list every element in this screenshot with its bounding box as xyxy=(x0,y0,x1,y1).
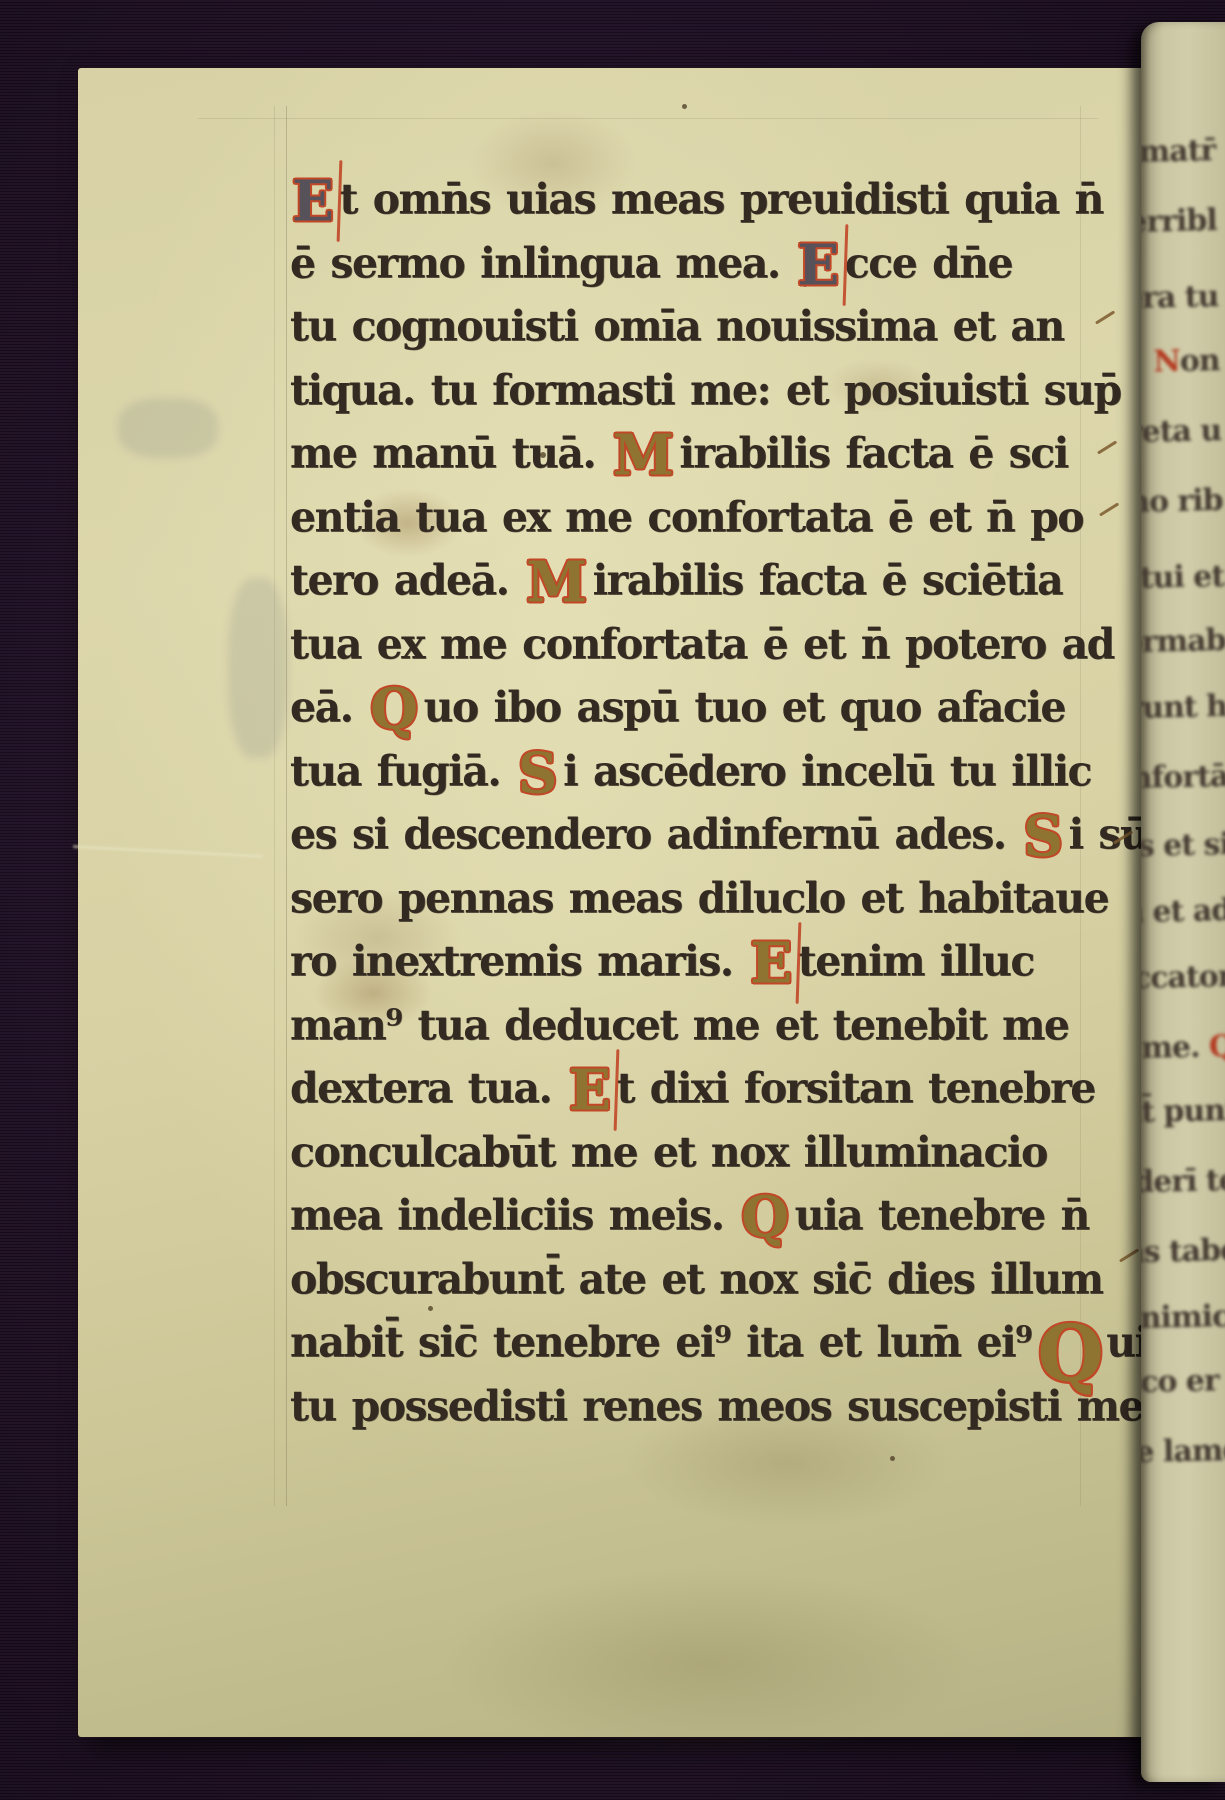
text-line: man⁹ tua deducet me et tenebit me xyxy=(290,993,1170,1058)
text-run: os tuas tabe xyxy=(1141,1233,1225,1272)
text-run: terribl xyxy=(1141,203,1217,240)
text-line: Et omn̄s uias meas preuidisti quia n̄ xyxy=(290,167,1170,232)
text-run: me. xyxy=(1141,1029,1209,1065)
illuminated-initial: M xyxy=(526,553,585,609)
text-run: secreta u xyxy=(1141,413,1222,451)
text-line: entia tua ex me confortata ē et n̄ po xyxy=(290,485,1170,550)
text-line: sero pennas meas diluclo et habitaue xyxy=(290,866,1170,931)
text-run: entia tua ex me confortata ē et n̄ po xyxy=(290,492,1083,541)
red-initial-fragment: Q xyxy=(1209,1029,1225,1065)
facing-page-text: matr̄terriblpera tuNonsecreta uferno rib… xyxy=(1141,22,1225,1782)
ruling-line-top xyxy=(198,118,1098,119)
text-line: tiqua. tu formasti me: et posiuisti sup̄ xyxy=(290,358,1170,423)
stain xyxy=(438,1568,978,1758)
ruling-line-left xyxy=(286,106,287,1506)
text-line: ē sermo inlingua mea. Ecce dn̄e xyxy=(290,231,1170,296)
bleed-text-fragment: irgule lamd xyxy=(1141,1433,1225,1472)
bleed-text-fragment: terribl xyxy=(1141,203,1217,240)
illuminated-initial: S xyxy=(1023,807,1061,863)
text-run: bo eos et si xyxy=(1141,827,1225,866)
text-run: irgule lamd xyxy=(1141,1433,1225,1472)
ruling-line-left-inner xyxy=(274,106,275,1506)
text-run: ē sermo inlingua mea. xyxy=(290,238,795,287)
text-run: tua ex me confortata ē et n̄ potero ad xyxy=(290,619,1114,668)
illuminated-initial: E xyxy=(569,1061,609,1117)
text-run: irabilis facta ē sci xyxy=(679,429,1067,478)
bleed-text-fragment: ferno rib xyxy=(1141,483,1223,521)
text-run: ferno rib xyxy=(1141,483,1223,521)
text-run: illas inimici xyxy=(1141,1299,1225,1338)
text-run: urrea et ad xyxy=(1141,893,1225,932)
facing-page-edge: matr̄terriblpera tuNonsecreta uferno rib… xyxy=(1141,22,1225,1782)
text-line: eā. Quo ibo aspū tuo et quo afacie xyxy=(290,675,1170,740)
text-run: uia tenebre n̄ xyxy=(795,1191,1089,1240)
text-run: sero pennas meas diluclo et habitaue xyxy=(290,873,1108,922)
illuminated-initial: E xyxy=(292,172,332,228)
text-line: tero adeā. Mirabilis facta ē sciētia xyxy=(290,548,1170,613)
text-run: is et sco er t xyxy=(1141,1363,1225,1402)
text-run: is formab xyxy=(1141,623,1225,661)
bleed-text-fragment: qui oderī te xyxy=(1141,1163,1225,1202)
text-run: qui oderī te xyxy=(1141,1163,1225,1202)
bleed-text-fragment: us confortā xyxy=(1141,759,1225,798)
text-run: matr̄ xyxy=(1141,133,1216,170)
bleed-text-fragment: is formab xyxy=(1141,623,1225,661)
text-run: ro inextremis maris. xyxy=(290,937,748,986)
bleed-text-fragment: os tuas tabe xyxy=(1141,1233,1225,1272)
bleed-text-fragment: me. Q xyxy=(1141,1029,1225,1066)
text-run: mea indeliciis meis. xyxy=(290,1191,739,1240)
text-run: tiqua. tu formasti me: et posiuisti sup̄ xyxy=(290,365,1121,414)
text-run: irabilis facta ē sciētia xyxy=(593,556,1063,605)
illuminated-initial: S xyxy=(518,744,556,800)
text-line: es si descendero adinfernū ades. Si sūp̄ xyxy=(290,802,1170,867)
text-line: conculcabūt me et nox illuminacio xyxy=(290,1120,1170,1185)
text-line: tua ex me confortata ē et n̄ potero ad xyxy=(290,612,1170,677)
text-run: tu cognouisti omīa nouissima et an xyxy=(290,302,1064,351)
illuminated-initial: M xyxy=(613,426,672,482)
bleed-text-fragment: Non xyxy=(1153,343,1220,379)
text-run: t dixi forsitan tenebre xyxy=(616,1064,1094,1113)
text-run: obscurabunt̄ ate et nox sic̄ dies illum xyxy=(290,1254,1103,1303)
text-run: i ascēdero incelū tu illic xyxy=(563,746,1091,795)
text-run: tu possedisti renes meos suscepisti me xyxy=(290,1381,1143,1430)
text-run: conculcabūt me et nox illuminacio xyxy=(290,1127,1047,1176)
bleed-text-fragment: matr̄ xyxy=(1141,133,1216,170)
text-run: nabit̄ sic̄ tenebre ei⁹ ita et lum̄ ei⁹ xyxy=(290,1318,1031,1367)
text-line: me manū tuā. Mirabilis facta ē sci xyxy=(290,421,1170,486)
text-run: tero adeā. xyxy=(290,556,524,605)
bleed-text-fragment: t̄ runt h xyxy=(1141,689,1225,727)
text-run: es si descendero adinfernū ades. xyxy=(290,810,1021,859)
crease xyxy=(73,845,263,858)
manuscript-page: Et omn̄s uias meas preuidisti quia n̄ē s… xyxy=(78,68,1147,1737)
text-line: dextera tua. Et dixi forsitan tenebre xyxy=(290,1056,1170,1121)
illuminated-initial: Q xyxy=(741,1188,787,1244)
bleed-text-fragment: is peccator xyxy=(1141,959,1225,998)
text-line: tua fugiā. Si ascēdero incelū tu illic xyxy=(290,739,1170,804)
text-run: is peccator xyxy=(1141,959,1225,998)
bleed-text-fragment: secreta u xyxy=(1141,413,1222,451)
illuminated-initial: Q xyxy=(370,680,416,736)
bleed-text-fragment: quat̄ puni xyxy=(1141,1093,1225,1131)
text-run: uo ibo aspū tuo et quo afacie xyxy=(424,683,1065,732)
bleed-text-fragment: pera tu xyxy=(1141,279,1219,316)
showthrough-smudge xyxy=(228,578,288,758)
text-line: ro inextremis maris. Etenim illuc xyxy=(290,929,1170,994)
text-run: tua fugiā. xyxy=(290,746,516,795)
text-line: obscurabunt̄ ate et nox sic̄ dies illum xyxy=(290,1247,1170,1312)
showthrough-smudge xyxy=(118,398,218,458)
text-run: cce dn̄e xyxy=(845,238,1012,287)
text-line: tu cognouisti omīa nouissima et an xyxy=(290,294,1170,359)
bleed-text-fragment: n̄ tui et xyxy=(1141,559,1225,596)
text-run: pera tu xyxy=(1141,279,1219,316)
red-initial-fragment: N xyxy=(1153,344,1180,380)
text-run: on xyxy=(1179,343,1220,379)
bleed-text-fragment: is et sco er t xyxy=(1141,1363,1225,1402)
text-line: mea indeliciis meis. Quia tenebre n̄ xyxy=(290,1183,1170,1248)
text-block: Et omn̄s uias meas preuidisti quia n̄ē s… xyxy=(290,168,1170,1438)
bleed-text-fragment: urrea et ad xyxy=(1141,893,1225,932)
text-run: us confortā xyxy=(1141,759,1225,798)
illuminated-initial: E xyxy=(750,934,790,990)
text-run: man⁹ tua deducet me et tenebit me xyxy=(290,1000,1068,1049)
speck xyxy=(890,1456,895,1461)
text-run: t̄ runt h xyxy=(1141,689,1225,727)
illuminated-initial: E xyxy=(797,236,837,292)
text-run: t omn̄s uias meas preuidisti quia n̄ xyxy=(339,175,1102,224)
text-line: nabit̄ sic̄ tenebre ei⁹ ita et lum̄ ei⁹Q… xyxy=(290,1310,1170,1375)
text-run: dextera tua. xyxy=(290,1064,567,1113)
bleed-text-fragment: illas inimici xyxy=(1141,1299,1225,1338)
text-run: quat̄ puni xyxy=(1141,1093,1225,1131)
speck xyxy=(682,104,687,109)
text-run: eā. xyxy=(290,683,368,732)
text-run: n̄ tui et xyxy=(1141,559,1225,596)
text-line: tu possedisti renes meos suscepisti me xyxy=(290,1374,1170,1439)
text-run: me manū tuā. xyxy=(290,429,611,478)
bleed-text-fragment: bo eos et si xyxy=(1141,827,1225,866)
text-run: tenim illuc xyxy=(798,937,1034,986)
